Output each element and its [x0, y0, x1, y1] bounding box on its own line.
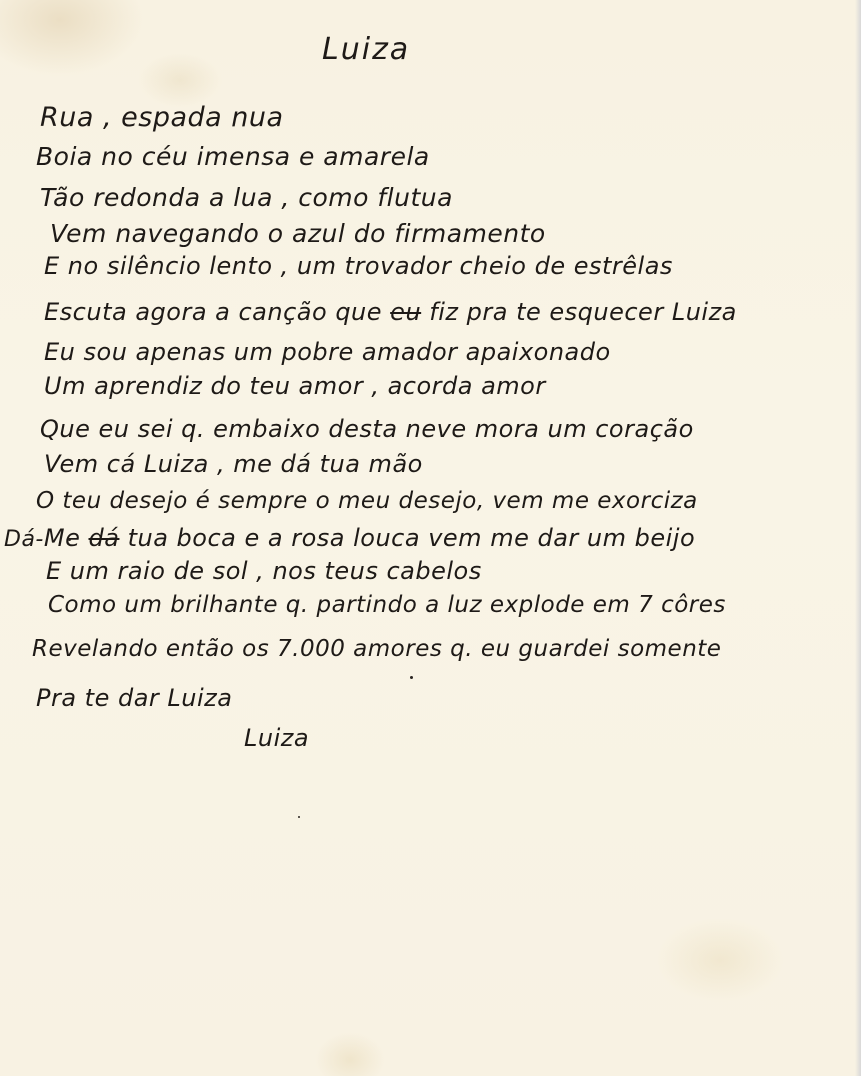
lyric-line-3: Tão redonda a lua , como flutua: [40, 183, 453, 212]
lyric-line-2: Boia no céu imensa e amarela: [36, 142, 430, 171]
struck-word: dá: [89, 524, 120, 552]
inserted-word: Me: [44, 524, 80, 552]
lyric-line-11: O teu desejo é sempre o meu desejo, vem …: [36, 488, 698, 514]
lyric-line-17: Luiza: [244, 724, 309, 752]
lyric-line-5: E no silêncio lento , um trovador cheio …: [44, 252, 673, 280]
struck-word: eu: [390, 298, 421, 326]
margin-correction: Dá-: [4, 527, 44, 552]
ink-dot: [410, 676, 413, 679]
song-title: Luiza: [322, 32, 410, 67]
lyric-line-8: Um aprendiz do teu amor , acorda amor: [44, 372, 546, 400]
lyric-line-10: Vem cá Luiza , me dá tua mão: [44, 450, 423, 478]
lyric-line-9: Que eu sei q. embaixo desta neve mora um…: [40, 415, 694, 443]
lyric-line-6: Escuta agora a canção que eu fiz pra te …: [44, 298, 737, 326]
paper-edge: [855, 0, 861, 1076]
ink-dot: [298, 816, 300, 818]
ink-dot: [68, 538, 71, 541]
lyric-line-6-part-2: fiz pra te esquecer Luiza: [429, 298, 737, 326]
lyric-line-13: E um raio de sol , nos teus cabelos: [46, 557, 482, 585]
lyric-line-15: Revelando então os 7.000 amores q. eu gu…: [32, 636, 721, 662]
lyric-line-16: Pra te dar Luiza: [36, 684, 232, 712]
lyric-line-12-rest: tua boca e a rosa louca vem me dar um be…: [128, 524, 696, 552]
lyric-line-4: Vem navegando o azul do firmamento: [50, 219, 546, 248]
lyric-line-7: Eu sou apenas um pobre amador apaixonado: [44, 338, 611, 366]
lyric-line-6-part-1: Escuta agora a canção que: [44, 298, 382, 326]
lyric-line-14: Como um brilhante q. partindo a luz expl…: [48, 592, 726, 618]
lyric-line-12: Dá-Me dá tua boca e a rosa louca vem me …: [4, 524, 695, 552]
lyric-line-1: Rua , espada nua: [40, 102, 284, 133]
handwritten-manuscript-page: Luiza Rua , espada nua Boia no céu imens…: [0, 0, 861, 1076]
